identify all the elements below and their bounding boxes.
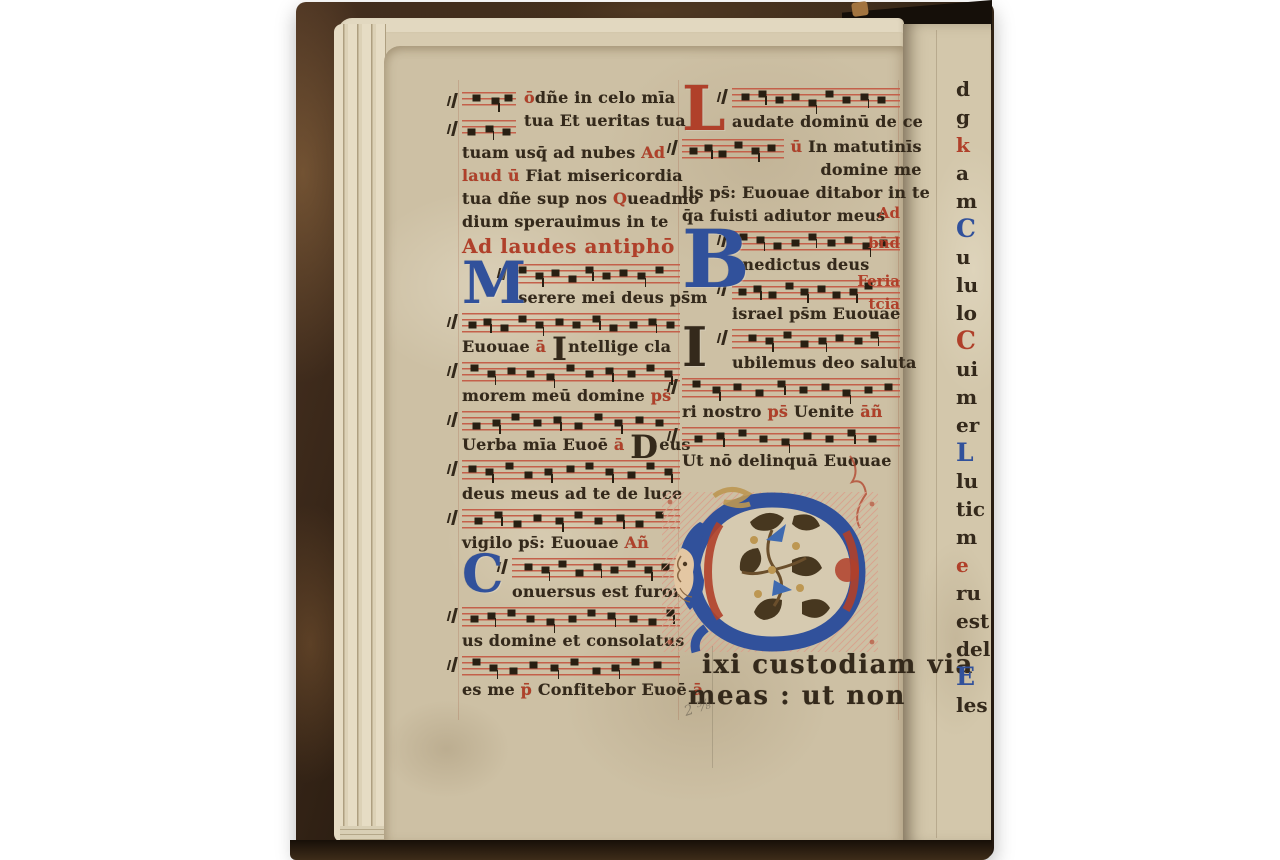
facing-page-letter: C — [956, 216, 1000, 244]
neume-note — [801, 341, 808, 347]
neume-note — [800, 387, 807, 393]
neume-note — [645, 567, 652, 573]
band-body: ubilemus deo saluta — [732, 325, 900, 374]
neume-note — [705, 145, 712, 151]
initial-letter: L — [682, 84, 732, 135]
neume-note — [508, 610, 515, 616]
facing-page-letter: del — [956, 636, 1000, 664]
text-segment: ō — [524, 88, 535, 107]
neume-note — [475, 518, 482, 524]
neume-note — [818, 286, 825, 292]
music-staff — [462, 409, 680, 431]
neume-note — [536, 273, 543, 279]
text-line: ū In matutinīs — [790, 135, 921, 158]
large-initial: M — [462, 260, 512, 309]
neume-note — [527, 616, 534, 622]
text-segment: deus meus ad te de luce — [462, 484, 682, 503]
facing-page-letter: m — [956, 384, 1000, 412]
neume-note — [510, 668, 517, 674]
red-roundel — [835, 558, 859, 582]
neume-note — [647, 365, 654, 371]
neume-note — [473, 423, 480, 429]
opening-text: ōdñe in celo mīatua Et ueritas tua — [524, 86, 686, 140]
text-segment: es me — [462, 680, 521, 699]
facing-page-letter: e — [956, 552, 1000, 580]
neume-note — [819, 338, 826, 344]
neume-note — [845, 237, 852, 243]
text-line: morem meū domine ps̄ — [462, 384, 680, 407]
music-staff — [512, 262, 680, 284]
neume-note — [575, 423, 582, 429]
neume-note — [766, 338, 773, 344]
neume-note — [603, 273, 610, 279]
initial-letter: M — [462, 260, 512, 308]
neume-note — [809, 100, 816, 106]
text-segment: In matutinīs — [808, 137, 922, 156]
text-segment: ā — [530, 337, 552, 356]
neume-note — [628, 472, 635, 478]
text-segment: Q — [613, 189, 627, 208]
initial-band: Laudate dominū de ce — [682, 84, 900, 135]
text-segment: dium sperauimus in te — [462, 212, 668, 231]
neume-note — [593, 668, 600, 674]
band-body: audate dominū de ce — [732, 84, 900, 135]
neume-note — [486, 126, 493, 132]
neume-note — [611, 567, 618, 573]
neume-note — [512, 414, 519, 420]
text-line: tuam usq̄ ad nubes Ad — [462, 141, 680, 164]
large-initial: C — [462, 554, 512, 603]
neume-note — [545, 469, 552, 475]
neume-note — [534, 515, 541, 521]
music-staff — [462, 360, 680, 382]
neume-note — [778, 381, 785, 387]
text-line: ubilemus deo saluta — [732, 351, 900, 374]
text-segment: tuam usq̄ ad nubes — [462, 143, 635, 162]
neume-note — [769, 292, 776, 298]
text-segment: ubilemus deo saluta — [732, 353, 917, 372]
music-staff — [462, 605, 680, 627]
facing-page-letter: lo — [956, 300, 1000, 328]
neume-note — [569, 276, 576, 282]
neume-note — [530, 662, 537, 668]
neume-note — [628, 371, 635, 377]
neume-note — [493, 420, 500, 426]
initial-letter: C — [462, 554, 512, 597]
large-initial: I — [682, 325, 732, 374]
facing-page-letter: ru — [956, 580, 1000, 608]
facing-page-letter: ui — [956, 356, 1000, 384]
text-segment: ps̄ — [767, 402, 793, 421]
neume-note — [595, 518, 602, 524]
text-segment: Uenite — [794, 402, 860, 421]
neume-note — [586, 267, 593, 273]
neume-note — [630, 322, 637, 328]
facing-page-letter: L — [956, 440, 1000, 468]
neume-note — [801, 289, 808, 295]
neume-note — [492, 98, 499, 104]
neume-note — [865, 387, 872, 393]
neume-note — [534, 420, 541, 426]
initial-letter: B — [682, 227, 732, 293]
neume-note — [804, 433, 811, 439]
neume-note — [869, 436, 876, 442]
neume-note — [595, 414, 602, 420]
facing-page-letter: m — [956, 524, 1000, 552]
text-segment: āñ — [860, 402, 882, 421]
music-staff — [462, 118, 516, 138]
large-initial: B — [682, 227, 732, 325]
neume-note — [667, 322, 674, 328]
text-line: Uerba mīa Euoē ā Deus — [462, 433, 680, 456]
neume-note — [850, 289, 857, 295]
neume-note — [784, 332, 791, 338]
neume-note — [690, 148, 697, 154]
neume-note — [586, 463, 593, 469]
neume-note — [576, 570, 583, 576]
text-line: meas : ut non — [682, 681, 900, 712]
neume-note — [656, 267, 663, 273]
text-line: laud ū Fiat misericordia — [462, 164, 680, 187]
neume-note — [713, 387, 720, 393]
neume-note — [776, 97, 783, 103]
neume-note — [594, 564, 601, 570]
text-segment: us domine et consolatus — [462, 631, 684, 650]
neume-note — [525, 564, 532, 570]
neume-note — [756, 390, 763, 396]
text-line: deus meus ad te de luce — [462, 482, 680, 505]
neume-note — [608, 613, 615, 619]
initial-band: Iubilemus deo saluta — [682, 325, 900, 374]
neume-note — [786, 283, 793, 289]
text-line: dium sperauimus in te — [462, 210, 680, 233]
neume-note — [855, 338, 862, 344]
margin-note: tcia — [869, 295, 900, 313]
facing-page-letter: les — [956, 692, 1000, 720]
text-segment: tua dñe sup nos — [462, 189, 613, 208]
neume-note — [495, 512, 502, 518]
facing-page-letter: E — [956, 664, 1000, 692]
neume-note — [739, 430, 746, 436]
neume-note — [822, 384, 829, 390]
facing-page-letter: a — [956, 160, 1000, 188]
margin-note: bn̄d — [868, 234, 900, 252]
neume-note — [717, 433, 724, 439]
music-staff — [732, 327, 900, 349]
neume-note — [573, 322, 580, 328]
facing-page-letter: g — [956, 104, 1000, 132]
text-segment: Añ — [624, 533, 648, 552]
text-segment: Fiat misericordia — [525, 166, 682, 185]
neume-note — [719, 151, 726, 157]
facing-page-letter: lu — [956, 468, 1000, 496]
neume-note — [654, 662, 661, 668]
neume-note — [556, 319, 563, 325]
opening-line: ōdñe in celo mīatua Et ueritas tua — [462, 86, 680, 140]
neume-note — [542, 567, 549, 573]
neume-note — [588, 610, 595, 616]
initial-letter: I — [682, 325, 732, 369]
text-segment: ntellige cla — [568, 337, 671, 356]
text-line: tua dñe sup nos Queadmo — [462, 187, 680, 210]
music-staff — [462, 90, 516, 110]
neume-note — [628, 561, 635, 567]
bottom-leather-edge — [290, 840, 992, 860]
neume-note — [484, 319, 491, 325]
neume-note — [861, 94, 868, 100]
facing-page-letter: C — [956, 328, 1000, 356]
right-leaf-fold — [936, 30, 937, 838]
neume-note — [774, 243, 781, 249]
initial-band: Conuersus est furor tu — [462, 554, 680, 603]
neume-note — [665, 371, 672, 377]
music-staff — [462, 507, 680, 529]
text-line: es me p̄ Confitebor Euoē ā — [462, 678, 680, 701]
neume-note — [468, 129, 475, 135]
neume-note — [826, 436, 833, 442]
music-staff — [682, 376, 900, 398]
neume-note — [878, 97, 885, 103]
neume-note — [742, 94, 749, 100]
neume-note — [612, 665, 619, 671]
neume-note — [547, 374, 554, 380]
margin-note: Feria — [857, 272, 900, 290]
music-staff — [732, 86, 900, 108]
text-line: ri nostro ps̄ Uenite āñ — [682, 400, 900, 423]
neume-note — [586, 371, 593, 377]
large-initial: L — [682, 84, 732, 135]
neume-note — [486, 469, 493, 475]
neume-note — [833, 292, 840, 298]
text-segment: tua Et ueritas tua — [524, 111, 686, 130]
neume-note — [471, 616, 478, 622]
neume-note — [632, 659, 639, 665]
facing-page-letter: m — [956, 188, 1000, 216]
text-segment: ā — [608, 435, 630, 454]
neume-note — [826, 91, 833, 97]
neume-note — [782, 439, 789, 445]
text-segment: p̄ — [521, 680, 538, 699]
text-segment: laud ū — [462, 166, 525, 185]
neume-note — [843, 97, 850, 103]
neume-note — [792, 240, 799, 246]
text-segment: domine me — [821, 160, 922, 179]
music-staff — [462, 458, 680, 480]
facing-page-letter: lu — [956, 272, 1000, 300]
text-segment: audate dominū de ce — [732, 112, 923, 131]
text-segment: iserere mei deus ps̄m — [512, 288, 708, 307]
text-segment: enedictus deus — [732, 255, 869, 274]
neume-note — [885, 384, 892, 390]
neume-note — [649, 319, 656, 325]
neume-note — [556, 518, 563, 524]
ruling-line — [458, 80, 459, 720]
neume-note — [473, 659, 480, 665]
text-line: iserere mei deus ps̄m — [512, 286, 680, 309]
text-line: lis ps̄: Euouae ditabor in te — [682, 181, 900, 204]
neume-note — [552, 270, 559, 276]
neume-note — [575, 512, 582, 518]
facing-page-letter: tic — [956, 496, 1000, 524]
text-segment: Uerba mīa Euoē — [462, 435, 608, 454]
neume-note — [828, 240, 835, 246]
illuminated-initial-d — [654, 452, 886, 660]
text-segment: meas : ut non — [688, 681, 906, 711]
neume-note — [488, 371, 495, 377]
neume-note — [843, 390, 850, 396]
clasp-nub — [851, 1, 869, 17]
neume-note — [809, 234, 816, 240]
text-segment: lis ps̄: Euouae ditabor in te — [682, 183, 930, 202]
neume-note — [527, 371, 534, 377]
neume-note — [735, 142, 742, 148]
side-text: ū In matutinīsdomine me — [790, 135, 921, 181]
page-stack-left — [334, 24, 386, 842]
neume-note — [768, 145, 775, 151]
band-body: iserere mei deus ps̄m — [512, 260, 680, 309]
neume-note — [567, 365, 574, 371]
neume-note — [469, 466, 476, 472]
neume-note — [617, 515, 624, 521]
neume-note — [848, 430, 855, 436]
music-staff — [682, 425, 900, 447]
text-segment: ri nostro — [682, 402, 767, 421]
neume-note — [490, 665, 497, 671]
neume-note — [759, 91, 766, 97]
neume-note — [501, 325, 508, 331]
neume-note — [620, 270, 627, 276]
initial-band: Miserere mei deus ps̄m — [462, 260, 680, 309]
text-line: Euouae ā Intellige cla — [462, 335, 680, 358]
neume-note — [606, 469, 613, 475]
neume-note — [471, 365, 478, 371]
text-line: ōdñe in celo mīa — [524, 86, 686, 109]
neume-note — [547, 619, 554, 625]
text-segment: dñe in celo mīa — [535, 88, 675, 107]
facing-page-letter: est — [956, 608, 1000, 636]
neume-note — [606, 368, 613, 374]
neume-note — [503, 129, 510, 135]
neume-note — [836, 335, 843, 341]
neume-note — [551, 665, 558, 671]
neume-note — [630, 616, 637, 622]
neume-note — [752, 148, 759, 154]
neume-note — [559, 561, 566, 567]
text-line: domine me — [790, 158, 921, 181]
neume-note — [695, 436, 702, 442]
neume-note — [525, 472, 532, 478]
neume-note — [760, 436, 767, 442]
neume-note — [734, 384, 741, 390]
text-line: us domine et consolatus — [462, 629, 680, 652]
facing-page-letter: er — [956, 412, 1000, 440]
margin-note: Ad — [878, 204, 900, 222]
text-segment: Ad — [635, 143, 665, 162]
neume-note — [506, 463, 513, 469]
facing-page-letter: k — [956, 132, 1000, 160]
neume-note — [567, 466, 574, 472]
neume-note — [554, 417, 561, 423]
neume-note — [610, 325, 617, 331]
text-segment: morem meū domine — [462, 386, 651, 405]
text-segment: Confitebor Euoē — [538, 680, 687, 699]
neume-note — [871, 332, 878, 338]
neume-note — [514, 521, 521, 527]
text-column-left: ōdñe in celo mīatua Et ueritas tuatuam u… — [462, 86, 680, 701]
facing-page-letter: d — [956, 76, 1000, 104]
manuscript-photo: ōdñe in celo mīatua Et ueritas tuatuam u… — [0, 0, 1280, 860]
neume-note — [636, 521, 643, 527]
neume-note — [505, 95, 512, 101]
neume-note — [571, 659, 578, 665]
facing-page-letter: u — [956, 244, 1000, 272]
neume-note — [754, 286, 761, 292]
neume-note — [693, 381, 700, 387]
neume-note — [638, 273, 645, 279]
neume-note — [757, 237, 764, 243]
neume-note — [569, 616, 576, 622]
neume-note — [488, 613, 495, 619]
neume-note — [593, 316, 600, 322]
music-staff — [462, 654, 680, 676]
pencil-ruling — [712, 646, 713, 768]
text-line: tua Et ueritas tua — [524, 109, 686, 132]
text-segment: ū — [790, 137, 808, 156]
neume-note — [636, 417, 643, 423]
neume-note — [656, 420, 663, 426]
facing-page-text-strip: dgkamCululoCuimerLluticmeruestdelEles — [956, 76, 1000, 720]
neume-note — [508, 368, 515, 374]
neume-note — [749, 335, 756, 341]
neume-note — [473, 95, 480, 101]
staff-fragment — [462, 86, 516, 140]
neume-note — [536, 322, 543, 328]
neume-note — [469, 322, 476, 328]
text-segment: Euouae — [462, 337, 530, 356]
neume-note — [792, 94, 799, 100]
neume-note — [615, 420, 622, 426]
